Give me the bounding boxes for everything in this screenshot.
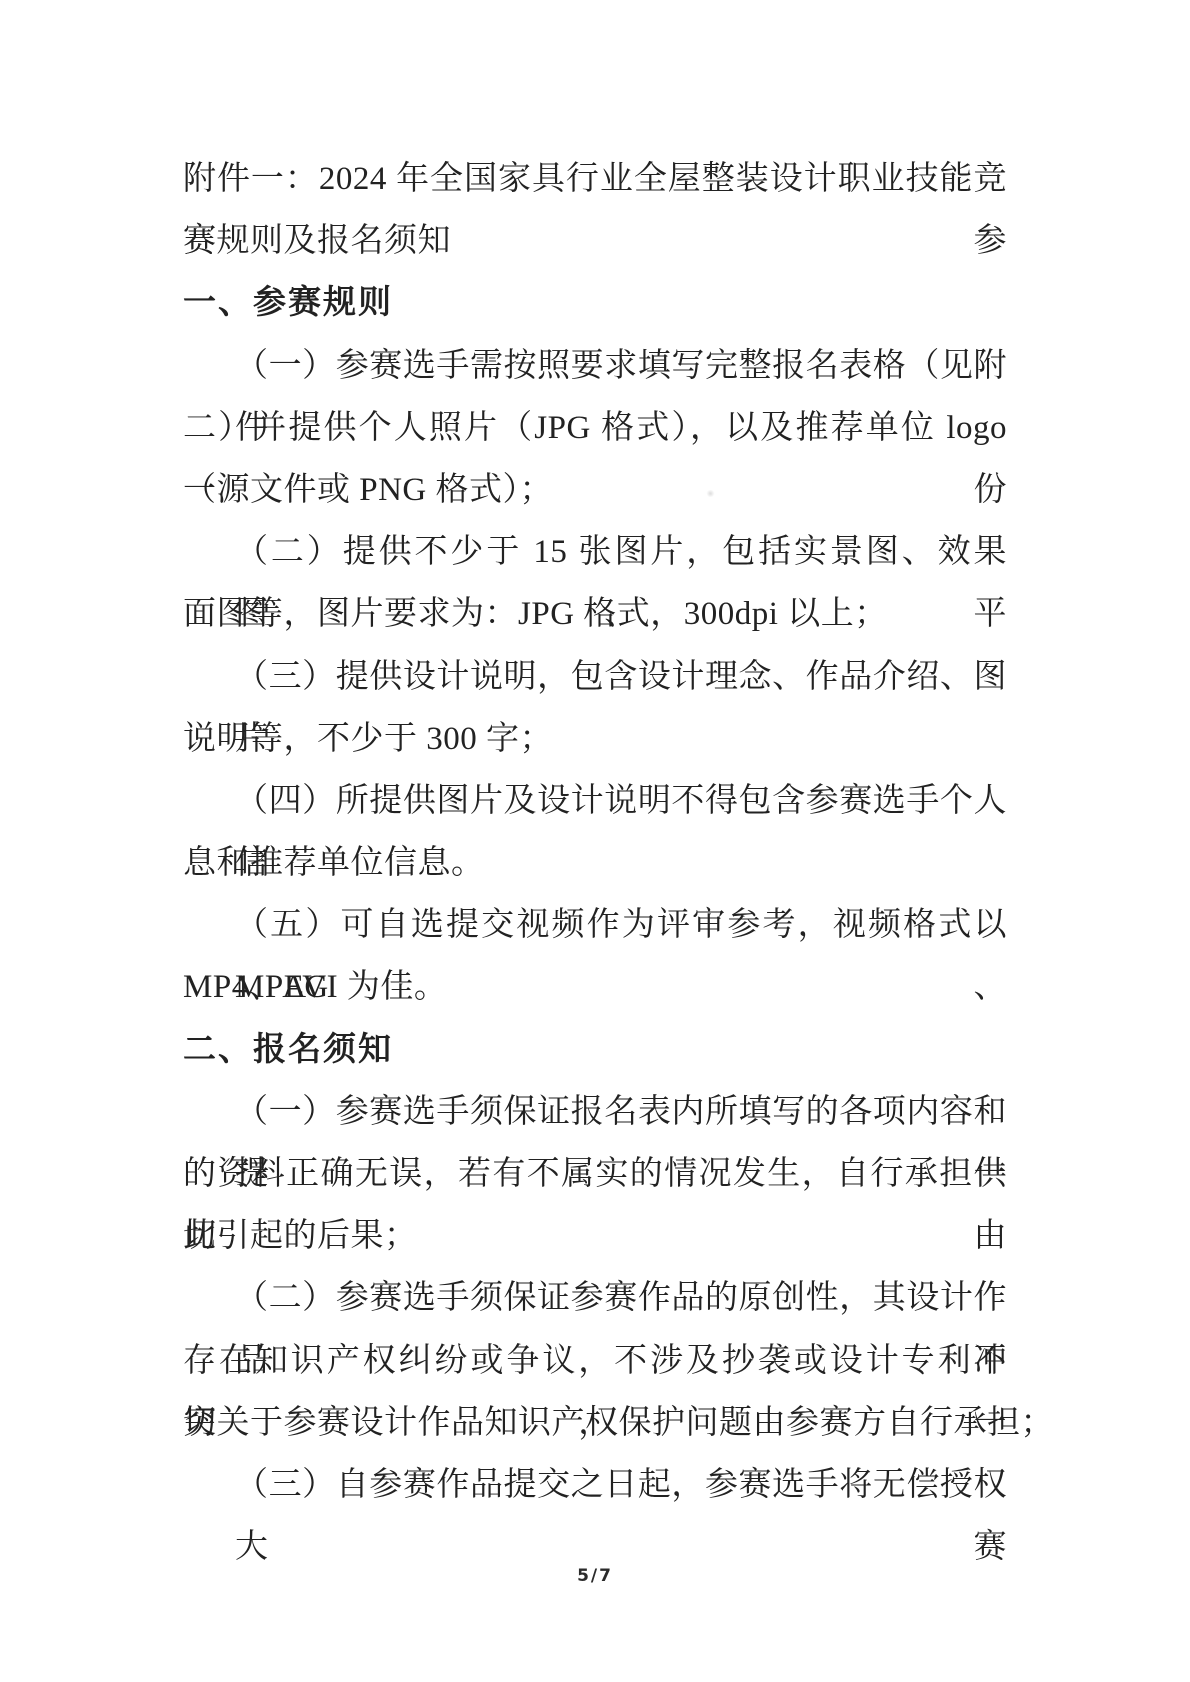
scan-artifact <box>706 490 715 497</box>
document-page: 附件一：2024 年全国家具行业全屋整装设计职业技能竞赛参 赛规则及报名须知 一… <box>0 0 1190 1682</box>
notice-2-line-1: （二）参赛选手须保证参赛作品的原创性，其设计作品不 <box>183 1267 1007 1329</box>
rule-1-line-2: 二）并提供个人照片（JPG 格式），以及推荐单位 logo 一份 <box>183 397 1007 459</box>
rule-3-line-1: （三）提供设计说明，包含设计理念、作品介绍、图片 <box>183 646 1007 708</box>
notice-2-line-2: 存在知识产权纠纷或争议，不涉及抄袭或设计专利冲突，一 <box>183 1330 1007 1392</box>
page-number: 5/7 <box>0 1566 1190 1586</box>
notice-3-line-1: （三）自参赛作品提交之日起，参赛选手将无偿授权大赛 <box>183 1454 1007 1516</box>
section-1-heading: 一、参赛规则 <box>183 272 1007 334</box>
notice-2-line-3: 切关于参赛设计作品知识产权保护问题由参赛方自行承担； <box>183 1392 1007 1454</box>
rule-4-line-1: （四）所提供图片及设计说明不得包含参赛选手个人信 <box>183 770 1007 832</box>
section-2-heading: 二、报名须知 <box>183 1019 1007 1081</box>
rule-1-line-1: （一）参赛选手需按照要求填写完整报名表格（见附件 <box>183 335 1007 397</box>
rule-3-line-2: 说明等，不少于 300 字； <box>183 708 1007 770</box>
notice-1-line-1: （一）参赛选手须保证报名表内所填写的各项内容和提供 <box>183 1081 1007 1143</box>
rule-4-line-2: 息和推荐单位信息。 <box>183 832 1007 894</box>
notice-1-line-2: 的资料正确无误，若有不属实的情况发生，自行承担一切由 <box>183 1143 1007 1205</box>
rule-2-line-1: （二）提供不少于 15 张图片，包括实景图、效果图、平 <box>183 521 1007 583</box>
rule-2-line-2: 面图等，图片要求为：JPG 格式，300dpi 以上； <box>183 583 1007 645</box>
rule-5-line-1: （五）可自选提交视频作为评审参考，视频格式以 MPEG、 <box>183 894 1007 956</box>
document-body: 附件一：2024 年全国家具行业全屋整装设计职业技能竞赛参 赛规则及报名须知 一… <box>183 148 1007 1516</box>
attachment-title-line-1: 附件一：2024 年全国家具行业全屋整装设计职业技能竞赛参 <box>183 148 1007 210</box>
